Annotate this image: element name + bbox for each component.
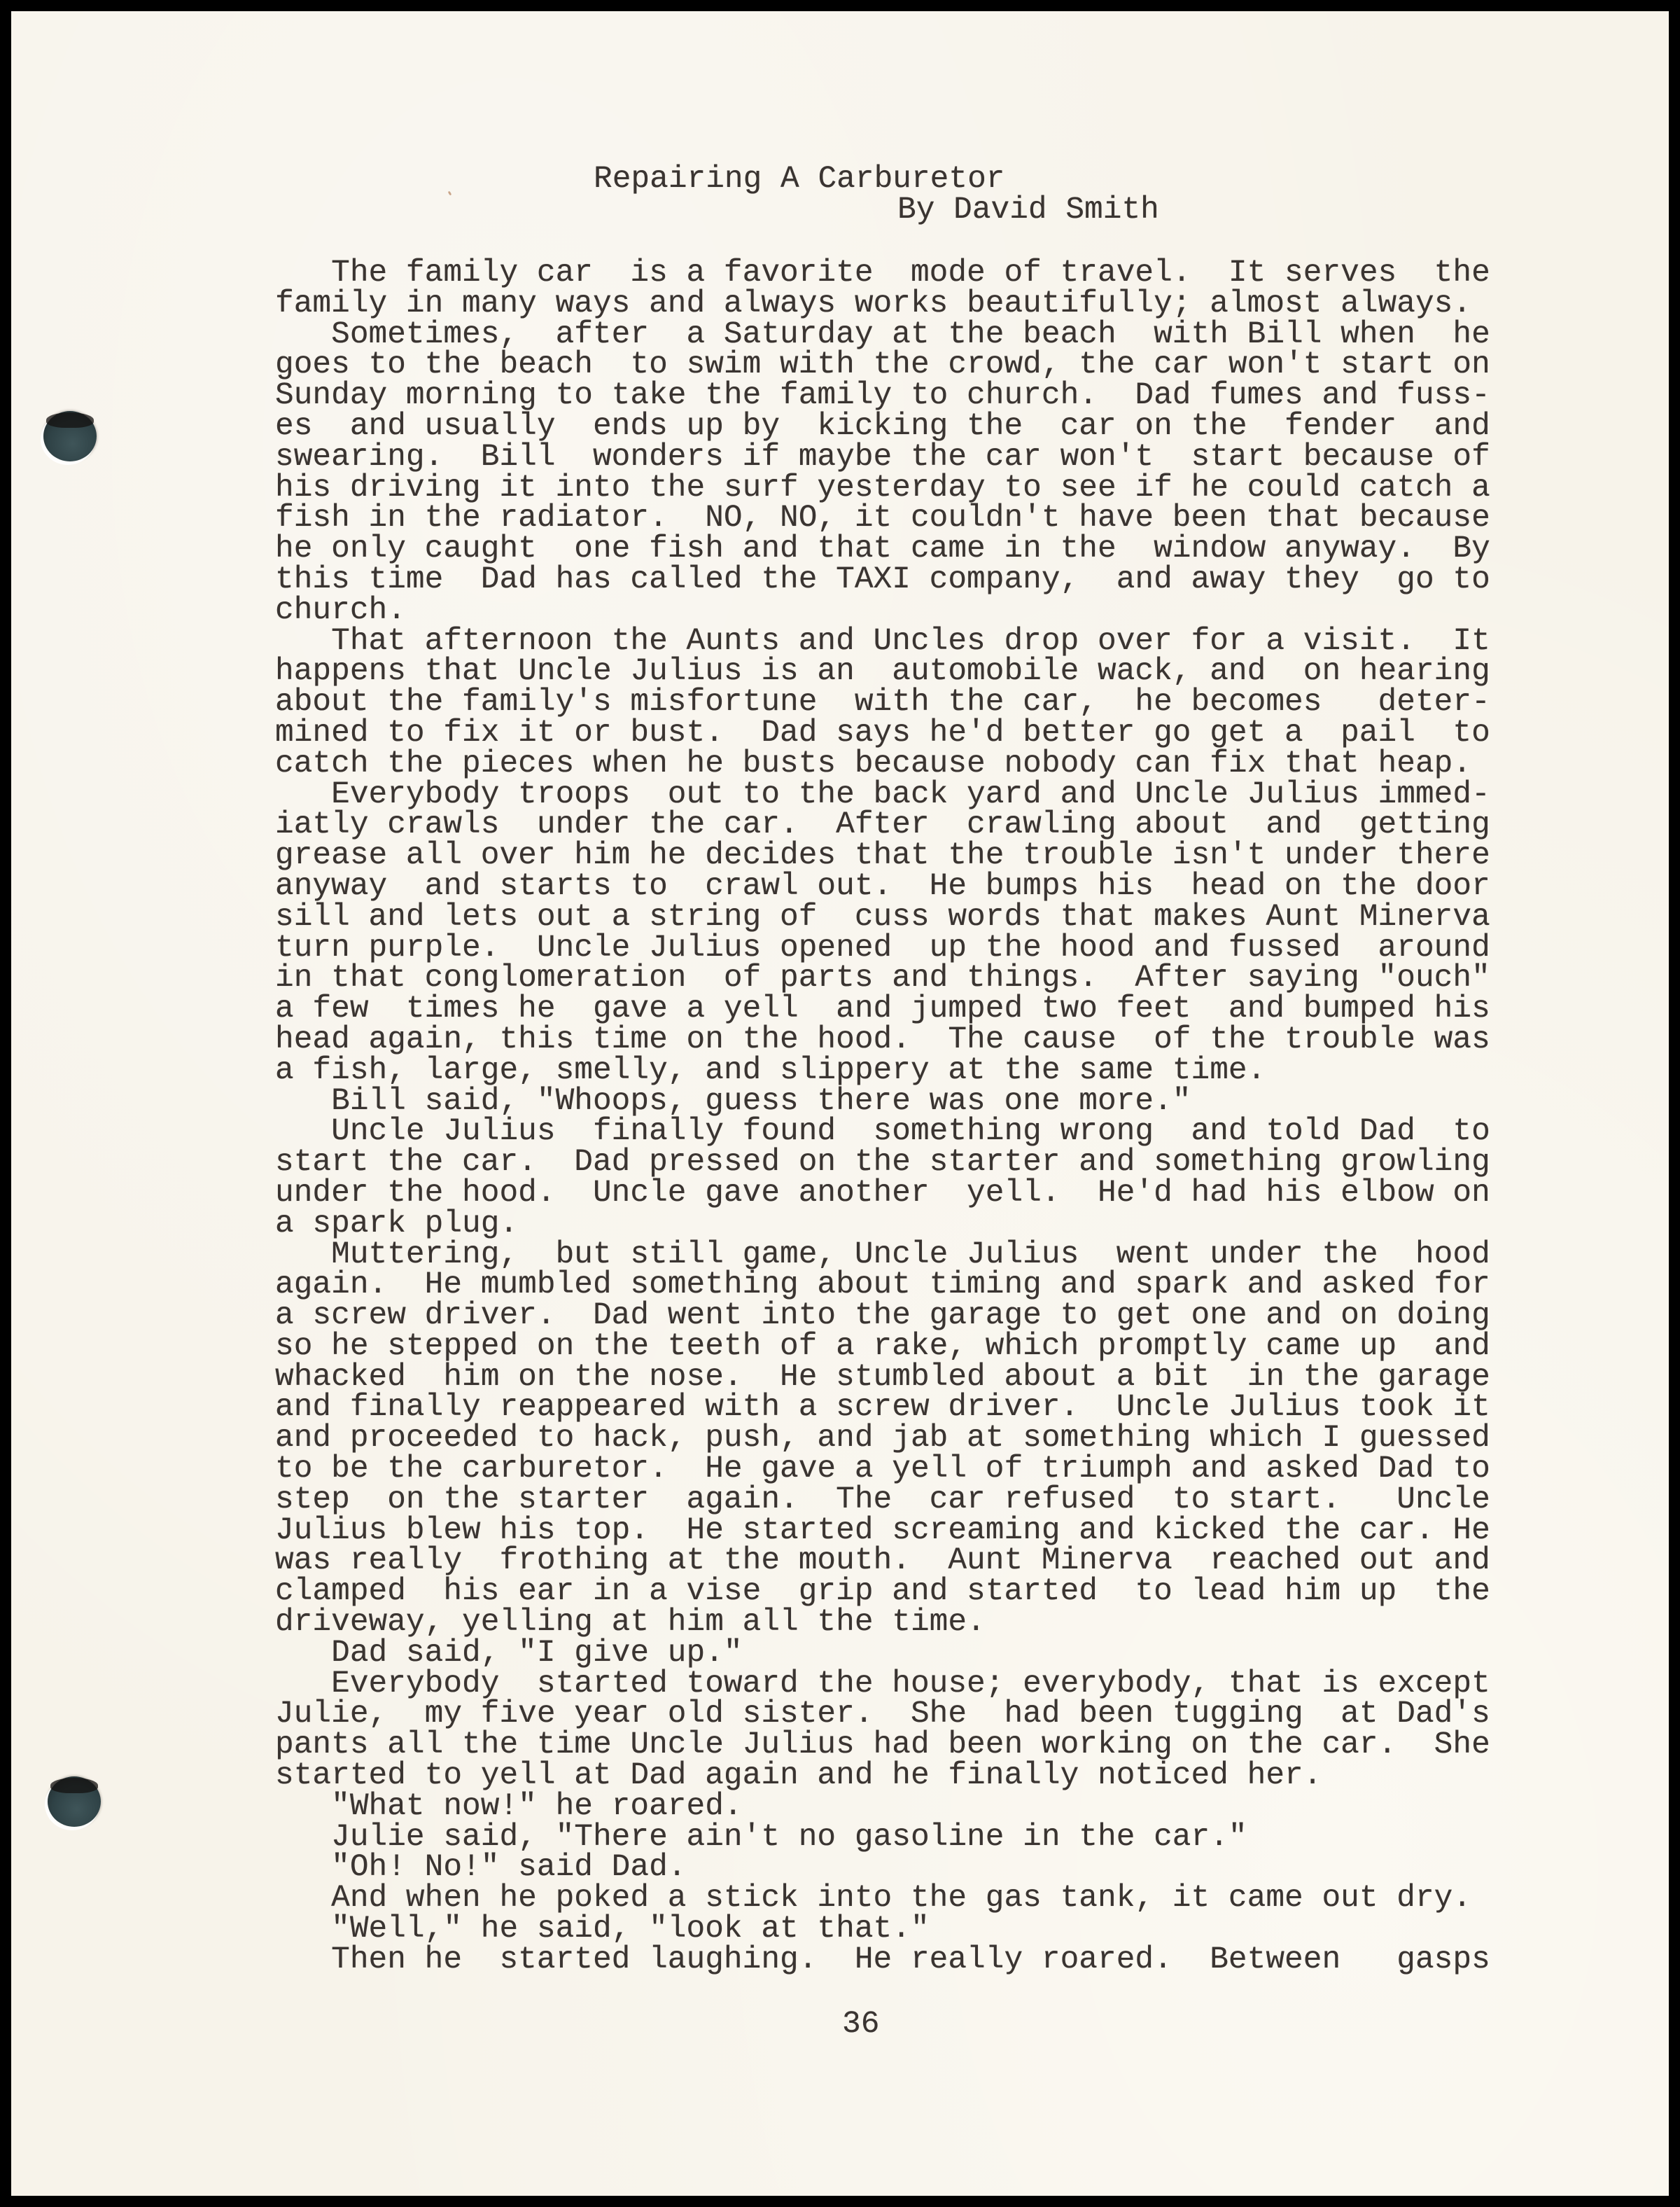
text-line: and finally reappeared with a screw driv… [275, 1393, 1507, 1423]
text-line: happens that Uncle Julius is an automobi… [275, 657, 1507, 688]
text-line: Julie, my five year old sister. She had … [275, 1699, 1507, 1730]
text-line: start the car. Dad pressed on the starte… [275, 1148, 1507, 1178]
text-line: a spark plug. [275, 1209, 1507, 1240]
text-line: And when he poked a stick into the gas t… [275, 1884, 1507, 1914]
text-line: sill and lets out a string of cuss words… [275, 903, 1507, 933]
page-number: 36 [842, 2009, 879, 2040]
text-line: fish in the radiator. NO, NO, it couldn'… [275, 503, 1507, 534]
text-line: pants all the time Uncle Julius had been… [275, 1730, 1507, 1761]
text-line: Everybody started toward the house; ever… [275, 1669, 1507, 1700]
text-line: clamped his ear in a vise grip and start… [275, 1577, 1507, 1608]
text-line: head again, this time on the hood. The c… [275, 1025, 1507, 1056]
binder-hole-icon [48, 1776, 101, 1827]
text-line: Sunday morning to take the family to chu… [275, 381, 1507, 412]
text-line: Bill said, "Whoops, guess there was one … [275, 1087, 1507, 1118]
document-page: Repairing A Carburetor By David Smith Th… [11, 11, 1669, 2196]
text-line: Everybody troops out to the back yard an… [275, 780, 1507, 811]
text-line: mined to fix it or bust. Dad says he'd b… [275, 718, 1507, 749]
text-line: this time Dad has called the TAXI compan… [275, 565, 1507, 596]
text-line: grease all over him he decides that the … [275, 841, 1507, 872]
text-line: Sometimes, after a Saturday at the beach… [275, 320, 1507, 351]
text-line: step on the starter again. The car refus… [275, 1485, 1507, 1516]
text-line: he only caught one fish and that came in… [275, 534, 1507, 565]
text-line: his driving it into the surf yesterday t… [275, 473, 1507, 504]
text-line: swearing. Bill wonders if maybe the car … [275, 443, 1507, 473]
text-line: That afternoon the Aunts and Uncles drop… [275, 627, 1507, 657]
paper-speck [448, 191, 452, 196]
text-line: goes to the beach to swim with the crowd… [275, 350, 1507, 381]
text-line: and proceeded to hack, push, and jab at … [275, 1423, 1507, 1454]
text-line: so he stepped on the teeth of a rake, wh… [275, 1332, 1507, 1363]
text-line: Julie said, "There ain't no gasoline in … [275, 1823, 1507, 1853]
text-line: about the family's misfortune with the c… [275, 688, 1507, 718]
document-title: Repairing A Carburetor [594, 164, 1005, 195]
text-line: a screw driver. Dad went into the garage… [275, 1301, 1507, 1332]
text-line: a few times he gave a yell and jumped tw… [275, 994, 1507, 1025]
text-line: to be the carburetor. He gave a yell of … [275, 1454, 1507, 1485]
text-line: "Well," he said, "look at that." [275, 1914, 1507, 1945]
text-line: under the hood. Uncle gave another yell.… [275, 1178, 1507, 1209]
document-body: The family car is a favorite mode of tra… [275, 258, 1507, 1976]
text-line: "What now!" he roared. [275, 1792, 1507, 1823]
document-byline: By David Smith [897, 195, 1159, 225]
text-line: iatly crawls under the car. After crawli… [275, 810, 1507, 841]
text-line: Then he started laughing. He really roar… [275, 1945, 1507, 1976]
text-line: Dad said, "I give up." [275, 1638, 1507, 1669]
text-line: turn purple. Uncle Julius opened up the … [275, 933, 1507, 964]
text-line: whacked him on the nose. He stumbled abo… [275, 1363, 1507, 1393]
text-line: anyway and starts to crawl out. He bumps… [275, 872, 1507, 903]
text-line: again. He mumbled something about timing… [275, 1270, 1507, 1301]
text-line: a fish, large, smelly, and slippery at t… [275, 1056, 1507, 1087]
text-line: church. [275, 596, 1507, 627]
text-line: es and usually ends up by kicking the ca… [275, 412, 1507, 443]
text-line: family in many ways and always works bea… [275, 289, 1507, 320]
text-line: in that conglomeration of parts and thin… [275, 963, 1507, 994]
text-line: was really frothing at the mouth. Aunt M… [275, 1546, 1507, 1577]
binder-hole-icon [43, 411, 97, 461]
text-line: The family car is a favorite mode of tra… [275, 258, 1507, 289]
text-line: "Oh! No!" said Dad. [275, 1853, 1507, 1884]
text-line: Muttering, but still game, Uncle Julius … [275, 1240, 1507, 1271]
text-line: Uncle Julius finally found something wro… [275, 1117, 1507, 1148]
text-line: started to yell at Dad again and he fina… [275, 1761, 1507, 1792]
text-line: catch the pieces when he busts because n… [275, 749, 1507, 780]
text-line: driveway, yelling at him all the time. [275, 1608, 1507, 1638]
text-line: Julius blew his top. He started screamin… [275, 1516, 1507, 1547]
